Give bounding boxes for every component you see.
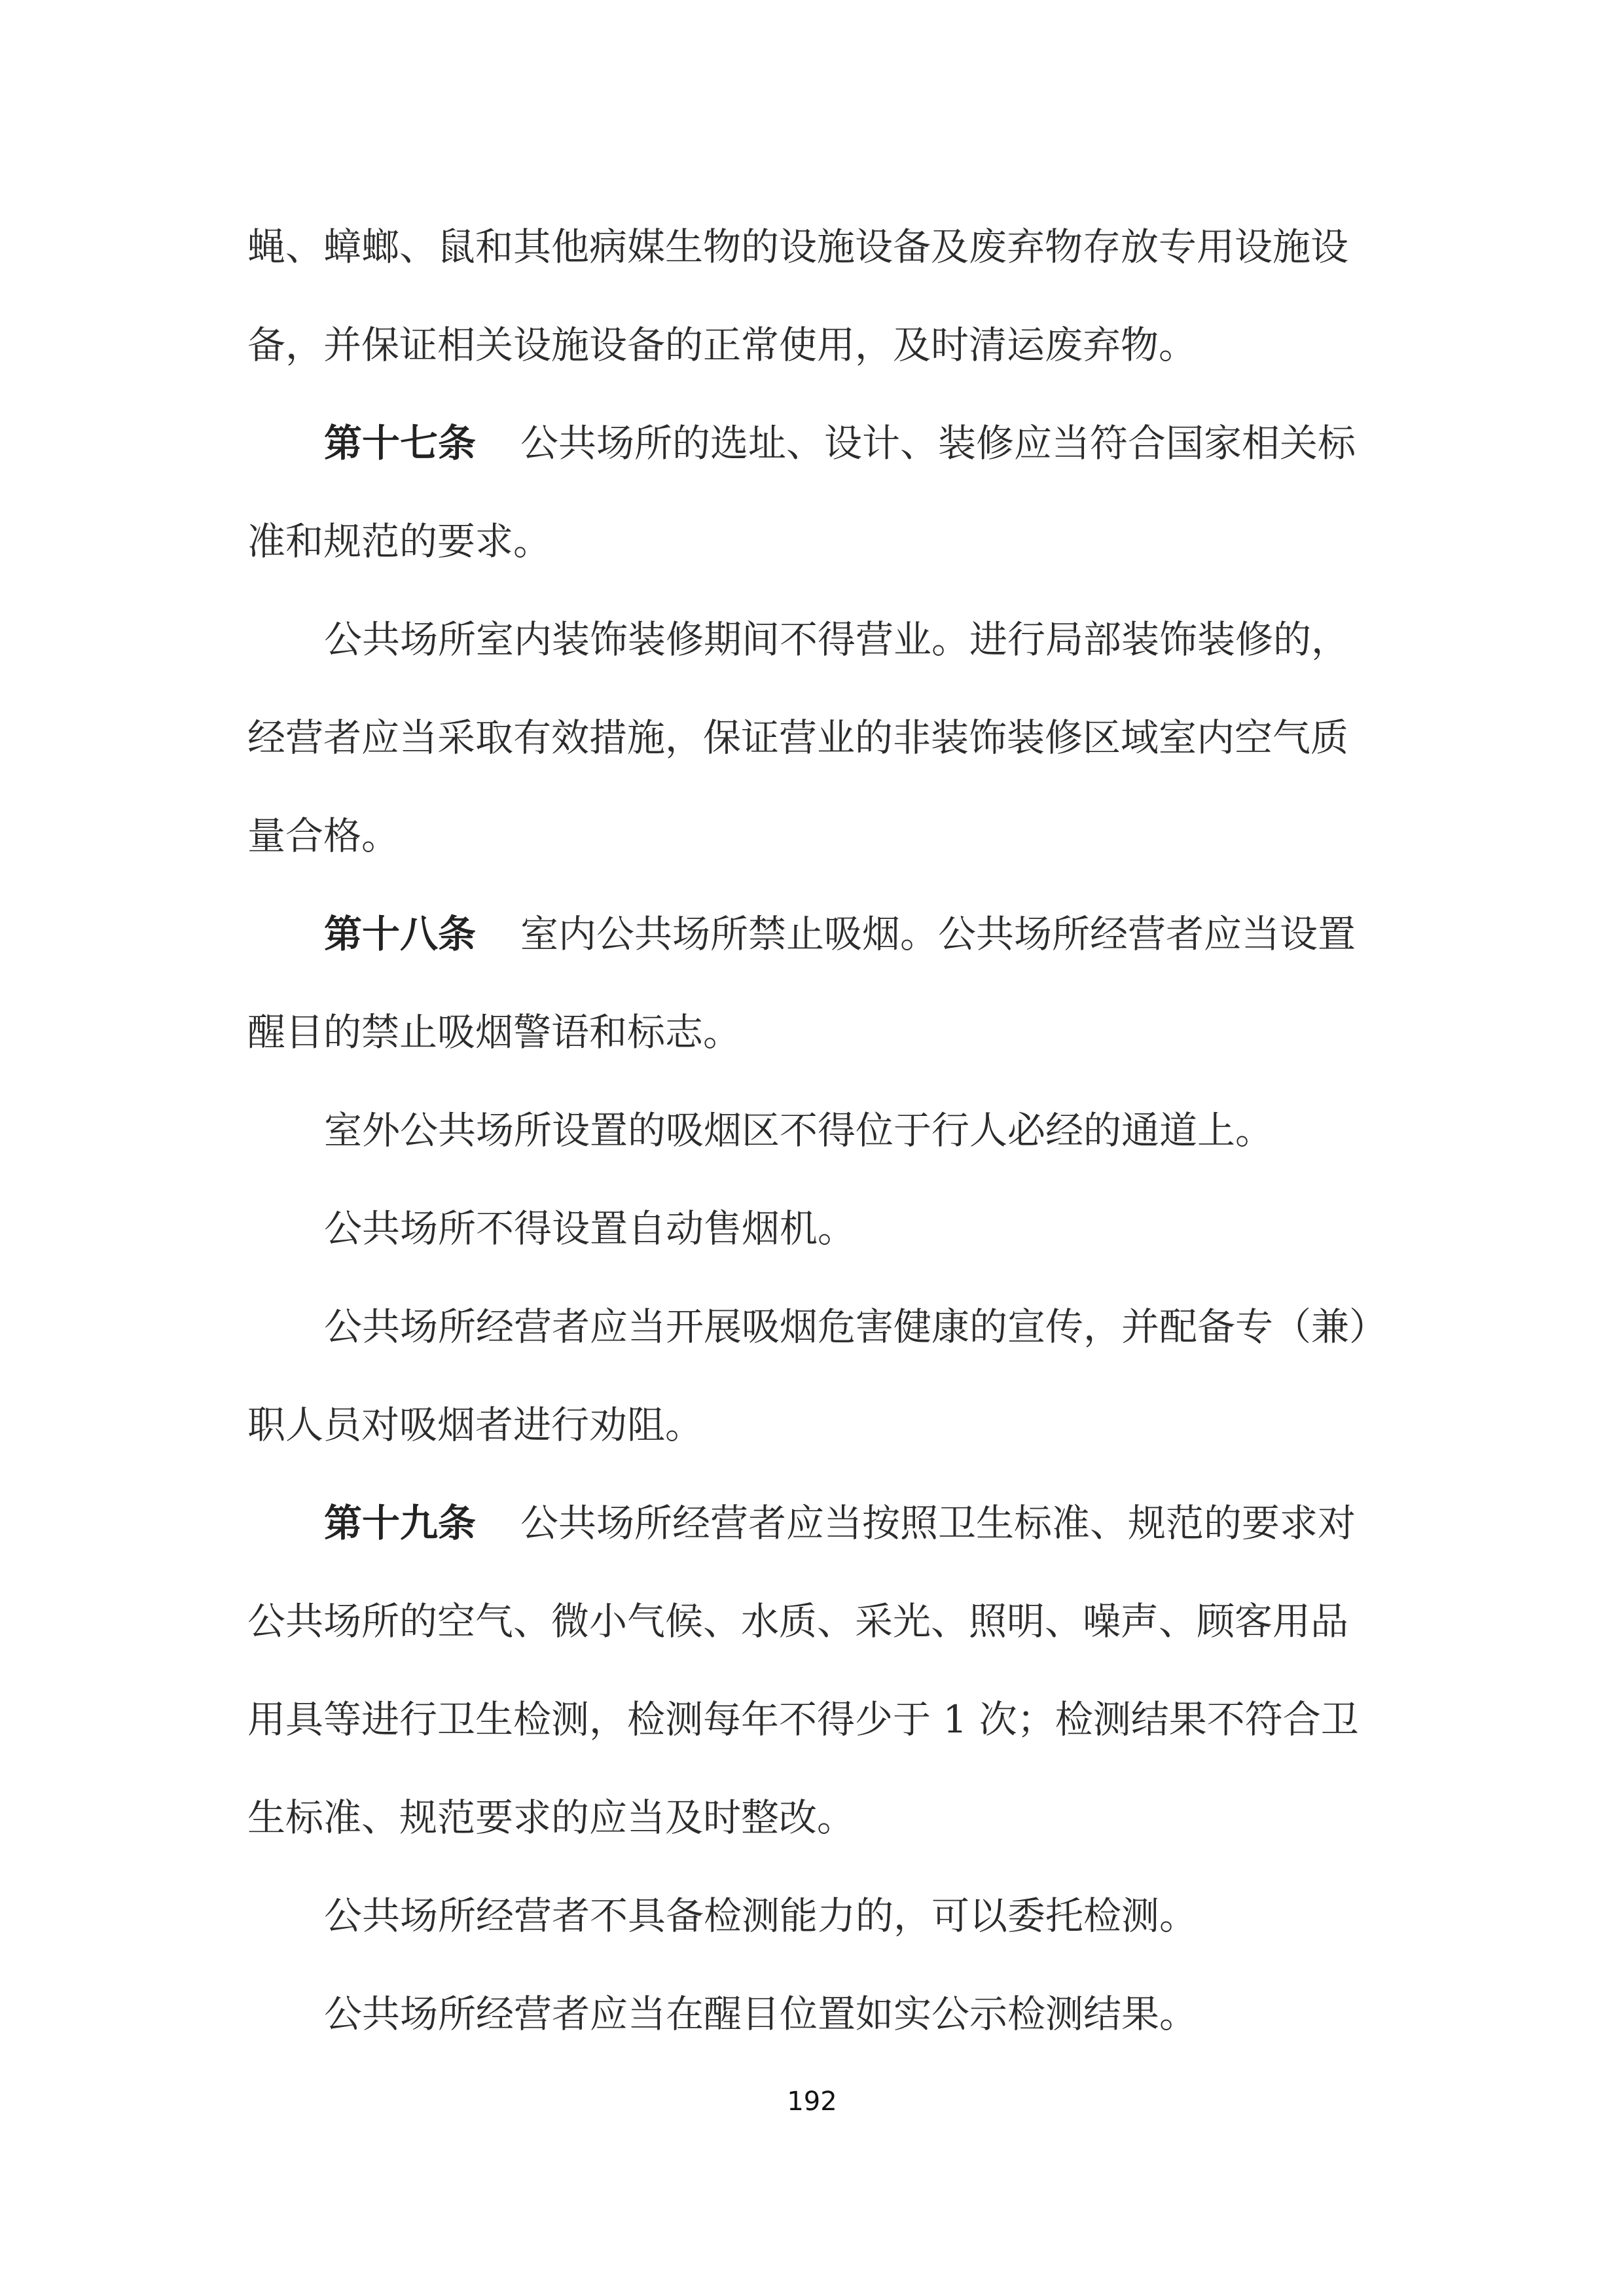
text-line: 第十七条公共场所的选址、设计、装修应当符合国家相关标	[247, 394, 1360, 492]
text-line: 醒目的禁止吸烟警语和标志。	[247, 983, 1360, 1081]
text-line: 第十九条公共场所经营者应当按照卫生标准、规范的要求对	[247, 1474, 1360, 1572]
line-text: 备，并保证相关设施设备的正常使用，及时清运废弃物。	[247, 323, 1197, 367]
text-line: 生标准、规范要求的应当及时整改。	[247, 1768, 1360, 1867]
article-heading: 第十八条	[324, 912, 476, 956]
text-line: 公共场所室内装饰装修期间不得营业。进行局部装饰装修的，	[247, 590, 1360, 689]
text-line: 公共场所经营者应当开展吸烟危害健康的宣传，并配备专（兼）	[247, 1278, 1360, 1376]
line-text: 职人员对吸烟者进行劝阻。	[247, 1403, 703, 1447]
text-line: 第十八条室内公共场所禁止吸烟。公共场所经营者应当设置	[247, 885, 1360, 983]
line-text: 公共场所经营者应当按照卫生标准、规范的要求对	[520, 1501, 1356, 1545]
line-text: 用具等进行卫生检测，检测每年不得少于 1 次；检测结果不符合卫	[247, 1697, 1359, 1742]
line-text: 公共场所经营者应当在醒目位置如实公示检测结果。	[324, 1992, 1197, 2036]
text-line: 量合格。	[247, 787, 1360, 885]
text-line: 职人员对吸烟者进行劝阻。	[247, 1376, 1360, 1474]
text-line: 公共场所经营者应当在醒目位置如实公示检测结果。	[247, 1965, 1360, 2063]
page-number: 192	[0, 2087, 1624, 2117]
text-line: 公共场所的空气、微小气候、水质、采光、照明、噪声、顾客用品	[247, 1572, 1360, 1670]
text-line: 公共场所经营者不具备检测能力的，可以委托检测。	[247, 1867, 1360, 1965]
text-line: 室外公共场所设置的吸烟区不得位于行人必经的通道上。	[247, 1081, 1360, 1179]
text-line: 准和规范的要求。	[247, 492, 1360, 590]
line-text: 生标准、规范要求的应当及时整改。	[247, 1795, 855, 1840]
text-line: 公共场所不得设置自动售烟机。	[247, 1179, 1360, 1278]
line-text: 醒目的禁止吸烟警语和标志。	[247, 1010, 741, 1054]
line-text: 准和规范的要求。	[247, 519, 551, 564]
line-text: 公共场所经营者应当开展吸烟危害健康的宣传，并配备专（兼）	[324, 1304, 1387, 1349]
article-heading: 第十七条	[324, 421, 476, 465]
text-line: 用具等进行卫生检测，检测每年不得少于 1 次；检测结果不符合卫	[247, 1670, 1360, 1768]
line-text: 公共场所室内装饰装修期间不得营业。进行局部装饰装修的，	[324, 617, 1349, 662]
line-text: 室内公共场所禁止吸烟。公共场所经营者应当设置	[520, 912, 1356, 956]
line-text: 公共场所不得设置自动售烟机。	[324, 1206, 856, 1251]
line-text: 经营者应当采取有效措施，保证营业的非装饰装修区域室内空气质	[247, 715, 1348, 760]
line-text: 公共场所的选址、设计、装修应当符合国家相关标	[520, 421, 1356, 465]
text-line: 备，并保证相关设施设备的正常使用，及时清运废弃物。	[247, 296, 1360, 394]
text-line: 经营者应当采取有效措施，保证营业的非装饰装修区域室内空气质	[247, 689, 1360, 787]
line-text: 蝇、蟑螂、鼠和其他病媒生物的设施设备及废弃物存放专用设施设	[247, 224, 1348, 269]
document-page: 蝇、蟑螂、鼠和其他病媒生物的设施设备及废弃物存放专用设施设备，并保证相关设施设备…	[0, 0, 1624, 2296]
line-text: 公共场所的空气、微小气候、水质、采光、照明、噪声、顾客用品	[247, 1599, 1348, 1643]
line-text: 量合格。	[247, 814, 399, 858]
article-heading: 第十九条	[324, 1501, 476, 1545]
line-text: 公共场所经营者不具备检测能力的，可以委托检测。	[324, 1893, 1197, 1938]
line-text: 室外公共场所设置的吸烟区不得位于行人必经的通道上。	[324, 1108, 1273, 1153]
body-text: 蝇、蟑螂、鼠和其他病媒生物的设施设备及废弃物存放专用设施设备，并保证相关设施设备…	[247, 198, 1360, 2063]
text-line: 蝇、蟑螂、鼠和其他病媒生物的设施设备及废弃物存放专用设施设	[247, 198, 1360, 296]
